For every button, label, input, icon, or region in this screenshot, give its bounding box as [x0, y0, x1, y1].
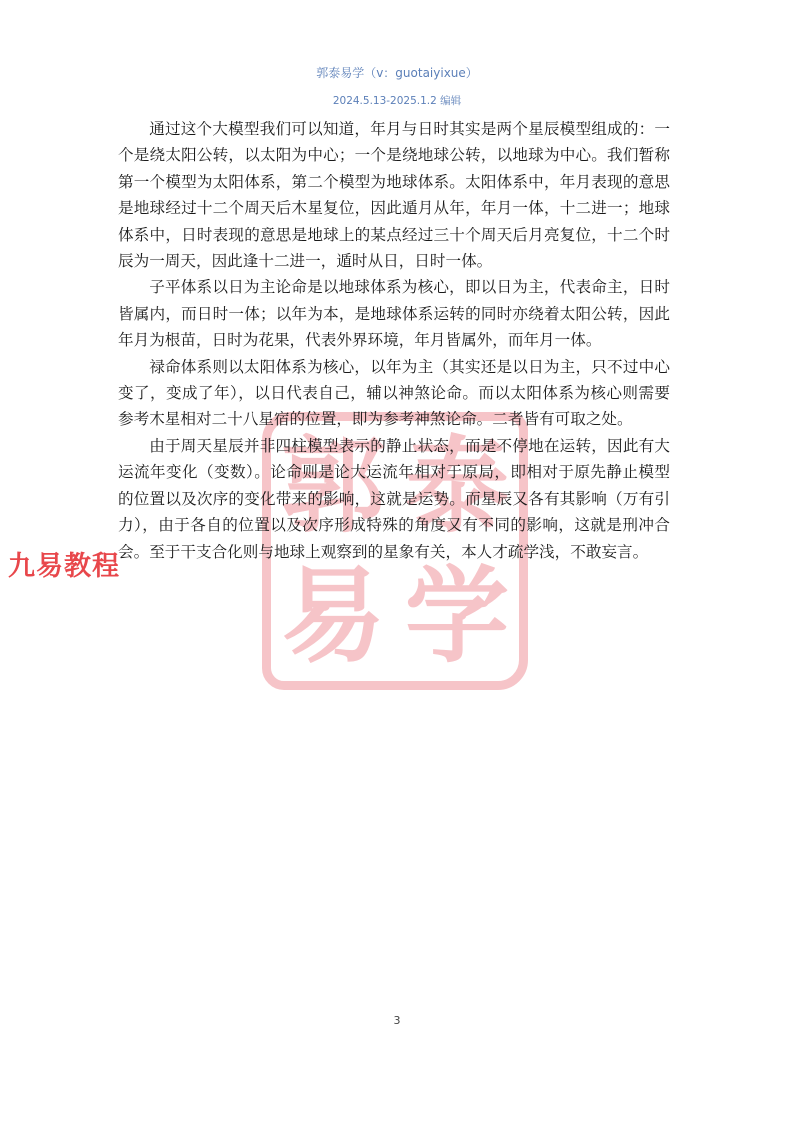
paragraph: 通过这个大模型我们可以知道，年月与日时其实是两个星辰模型组成的：一个是绕太阳公转…: [118, 116, 670, 274]
document-edit-date: 2024.5.13-2025.1.2 编辑: [0, 93, 794, 108]
brand-watermark: 九易教程: [8, 544, 120, 583]
seal-char: 学: [395, 551, 519, 681]
paragraph: 禄命体系则以太阳体系为核心，以年为主（其实还是以日为主，只不过中心变了，变成了年…: [118, 354, 670, 433]
seal-char: 易: [271, 551, 395, 681]
document-header-title: 郭泰易学（v：guotaiyixue）: [0, 64, 794, 81]
paragraph: 子平体系以日为主论命是以地球体系为核心，即以日为主，代表命主，日时皆属内，而日时…: [118, 274, 670, 353]
paragraph: 由于周天星辰并非四柱模型表示的静止状态，而是不停地在运转，因此有大运流年变化（变…: [118, 433, 670, 565]
document-body: 通过这个大模型我们可以知道，年月与日时其实是两个星辰模型组成的：一个是绕太阳公转…: [118, 116, 670, 565]
page-number: 3: [0, 1014, 794, 1027]
